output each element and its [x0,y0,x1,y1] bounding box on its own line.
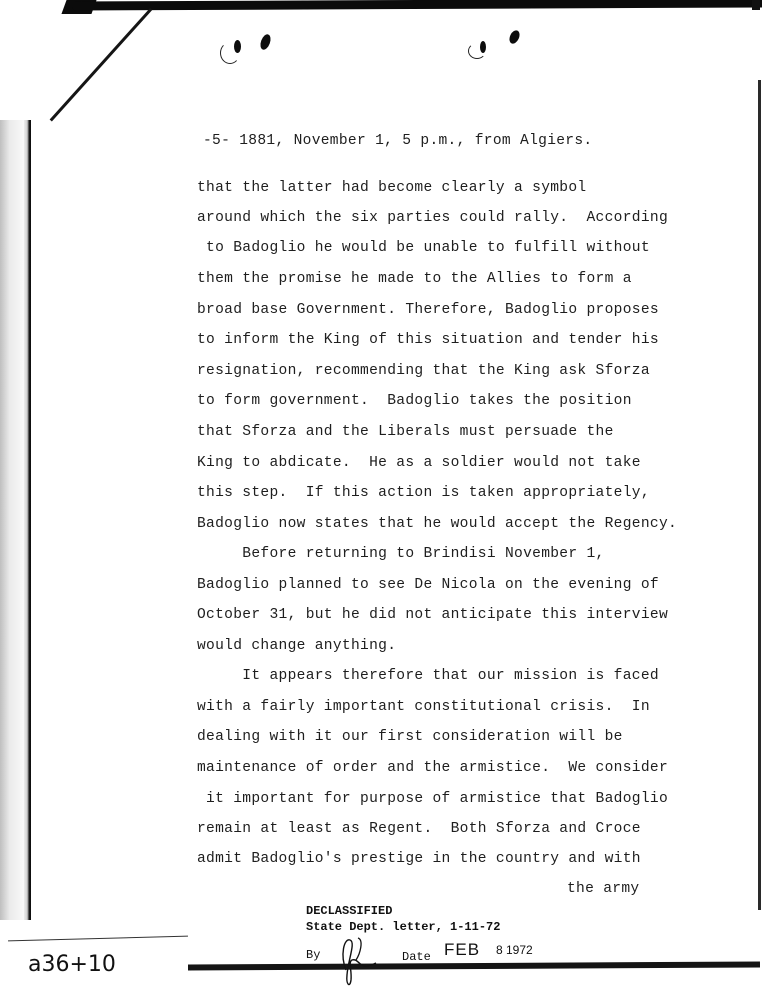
text-line: it important for purpose of armistice th… [197,791,668,807]
date-label: Date [402,950,431,964]
text-line: Before returning to Brindisi November 1, [197,546,605,562]
scan-left-border [24,120,31,920]
document-page: -5- 1881, November 1, 5 p.m., from Algie… [0,0,765,991]
text-line: October 31, but he did not anticipate th… [197,607,668,623]
text-line: that Sforza and the Liberals must persua… [197,424,614,440]
scan-edge-artifact [752,0,760,10]
scan-fold-line [50,8,153,121]
text-line: to form government. Badoglio takes the p… [197,393,632,409]
scan-top-border [72,0,762,11]
text-line: them the promise he made to the Allies t… [197,271,632,287]
declassified-title: DECLASSIFIED [306,904,392,918]
text-line: It appears therefore that our mission is… [197,668,659,684]
telegram-header: -5- 1881, November 1, 5 p.m., from Algie… [203,133,592,149]
declassification-date-month: FEB [444,940,480,960]
punch-hole-icon [507,29,521,45]
text-line: resignation, recommending that the King … [197,363,650,379]
punch-hole-icon [220,42,240,64]
declassification-date-rest: 8 1972 [496,943,533,957]
signature-icon [338,930,378,990]
scan-bottom-border [188,962,760,971]
text-line: with a fairly important constitutional c… [197,699,650,715]
text-line: to inform the King of this situation and… [197,332,659,348]
text-line: Badoglio now states that he would accept… [197,516,677,532]
text-line: this step. If this action is taken appro… [197,485,650,501]
scan-left-shadow [0,120,24,920]
text-line: to Badoglio he would be unable to fulfil… [197,240,650,256]
handwritten-margin-note: a36+10 [28,952,116,977]
catchword: the army [567,881,639,897]
text-line: dealing with it our first consideration … [197,729,623,745]
text-line: admit Badoglio's prestige in the country… [197,851,641,867]
punch-hole-icon [259,33,273,51]
scan-bottom-line [8,936,188,942]
scan-right-border [758,80,761,910]
text-line: that the latter had become clearly a sym… [197,180,586,196]
text-line: would change anything. [197,638,396,654]
text-line: maintenance of order and the armistice. … [197,760,668,776]
punch-hole-icon [468,43,486,59]
by-label: By [306,948,320,962]
text-line: Badoglio planned to see De Nicola on the… [197,577,659,593]
text-line: broad base Government. Therefore, Badogl… [197,302,659,318]
text-line: remain at least as Regent. Both Sforza a… [197,821,641,837]
declassification-authority: State Dept. letter, 1-11-72 [306,920,500,934]
text-line: around which the six parties could rally… [197,210,668,226]
text-line: King to abdicate. He as a soldier would … [197,455,641,471]
